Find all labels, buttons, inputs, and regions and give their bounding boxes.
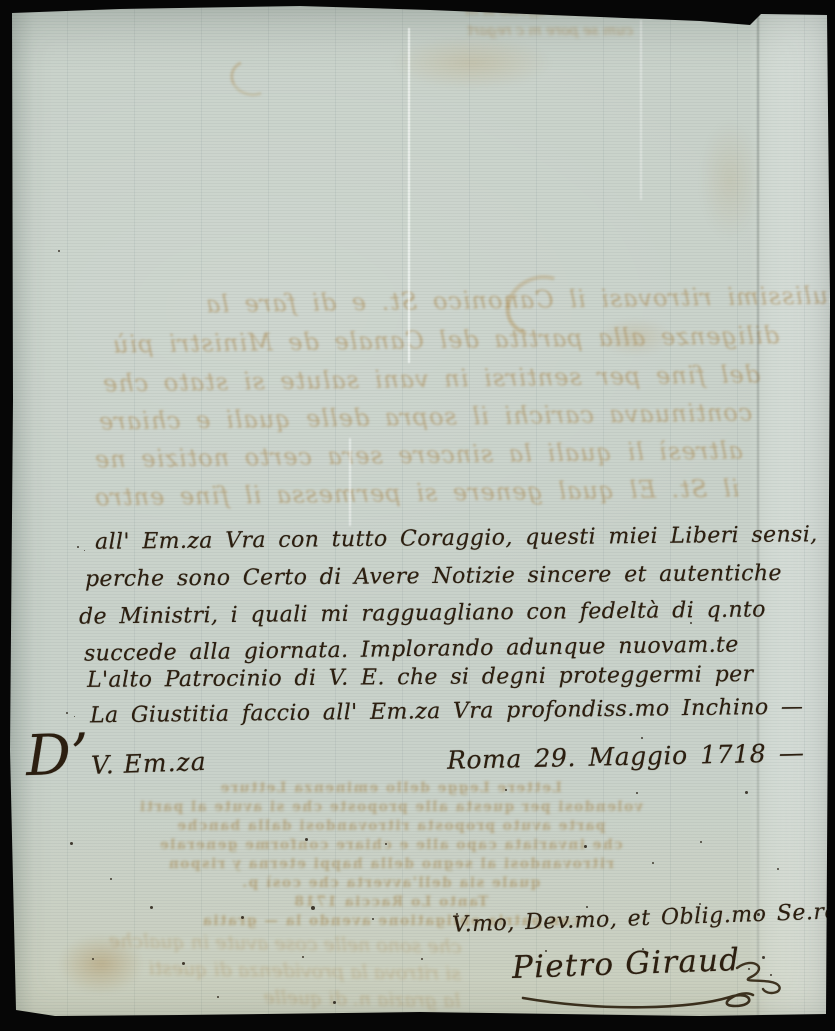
ink-speck: [777, 868, 779, 870]
ink-speck: [302, 956, 304, 958]
vertical-fold: [757, 14, 759, 1016]
ink-speck: [66, 712, 68, 714]
ink-speck: [241, 916, 244, 919]
manuscript-line: de Ministri, i quali mi ragguagliano con…: [79, 597, 766, 629]
stain-blotch: [598, 318, 672, 356]
ink-speck: [385, 843, 387, 845]
ink-speck: [305, 838, 308, 841]
ink-speck: [586, 906, 588, 908]
ink-speck: [74, 716, 75, 717]
ink-speck: [84, 550, 85, 551]
showthrough-line: ritrovandosi al segno della happi eterna…: [58, 855, 723, 874]
signature-name: Pietro Giraud: [511, 942, 740, 986]
dateline: Roma 29. Maggio 1718 —: [447, 738, 805, 774]
showthrough-line: Lettere Legge dello eminenza Letture: [58, 779, 723, 798]
closing-text: V. Em.za: [91, 747, 208, 780]
closing-initial: D’: [25, 731, 89, 781]
ink-speck: [456, 913, 458, 915]
ink-speck: [333, 1001, 336, 1004]
ink-speck: [757, 913, 760, 916]
showthrough-line: continuava carichi il sopra delle quali …: [98, 398, 753, 435]
showthrough-line: quale sia dell'avverta che così p.: [58, 874, 723, 893]
ink-speck: [70, 842, 73, 845]
ink-speck: [150, 906, 153, 909]
closing-abbreviation: D’ V. Em.za: [25, 727, 207, 782]
ink-speck: [92, 958, 94, 960]
showthrough-line: altresì li quali la sincere sera certo n…: [94, 436, 743, 473]
ink-speck: [745, 791, 748, 794]
ink-speck: [311, 906, 315, 910]
ink-speck: [372, 918, 374, 920]
ink-speck: [652, 862, 654, 864]
manuscript-line: succede alla giornata. Implorando adunqu…: [84, 632, 739, 666]
showthrough-line: parte avuto proposta ritrovandosi dalla …: [58, 817, 723, 836]
ink-speck: [77, 546, 79, 548]
ink-speck: [700, 841, 702, 843]
ink-speck: [690, 622, 692, 624]
paper-crease: [640, 20, 642, 200]
manuscript-line: L'alto Patrocinio di V. E. che si degni …: [87, 662, 754, 693]
ink-speck: [217, 996, 219, 998]
ink-speck: [110, 878, 112, 880]
showthrough-line: il St. El qual genere si permessa il fin…: [94, 474, 740, 511]
manuscript-line: all' Em.za Vra con tutto Coraggio, quest…: [95, 522, 818, 555]
ink-speck: [58, 250, 60, 252]
stain-blotch: [392, 36, 552, 90]
ink-speck: [584, 845, 587, 848]
ink-speck: [770, 974, 772, 976]
showthrough-line: del fine per sentirsi in vani salute si …: [102, 360, 760, 397]
showthrough-line: volendosi per questa alle proposte che s…: [58, 798, 723, 817]
ink-speck: [699, 903, 701, 905]
ink-speck: [641, 737, 643, 739]
paper-crease: [408, 28, 410, 363]
ink-speck: [748, 968, 750, 970]
ink-speck: [505, 789, 507, 791]
ink-speck: [642, 948, 644, 950]
ink-speck: [421, 958, 423, 960]
showthrough-line: che invariata capo alle e chiare conform…: [58, 836, 723, 855]
paper-crease: [349, 438, 351, 526]
manuscript-line: perche sono Certo di Avere Notizie since…: [85, 561, 782, 592]
showthrough-line: diligenze alla partita del Canale de Min…: [112, 321, 779, 358]
showthrough-line: no e si doro affetto si m: [183, 1, 633, 21]
valediction: V.mo, Dev.mo, et Oblig.mo Se.re: [452, 899, 835, 937]
manuscript-line: La Giustitia faccio all' Em.za Vra profo…: [90, 695, 804, 729]
ink-speck: [545, 950, 547, 952]
ink-speck: [762, 956, 765, 959]
ink-curl-stain: [225, 54, 276, 101]
ink-speck: [182, 962, 185, 965]
stain-blotch: [700, 120, 760, 240]
ink-speck: [636, 792, 638, 794]
photograph-backdrop: no e si doro affetto si mcum se pore m c…: [0, 0, 835, 1031]
letter-sheet: no e si doro affetto si mcum se pore m c…: [0, 0, 835, 1031]
stain-blotch: [58, 934, 144, 994]
